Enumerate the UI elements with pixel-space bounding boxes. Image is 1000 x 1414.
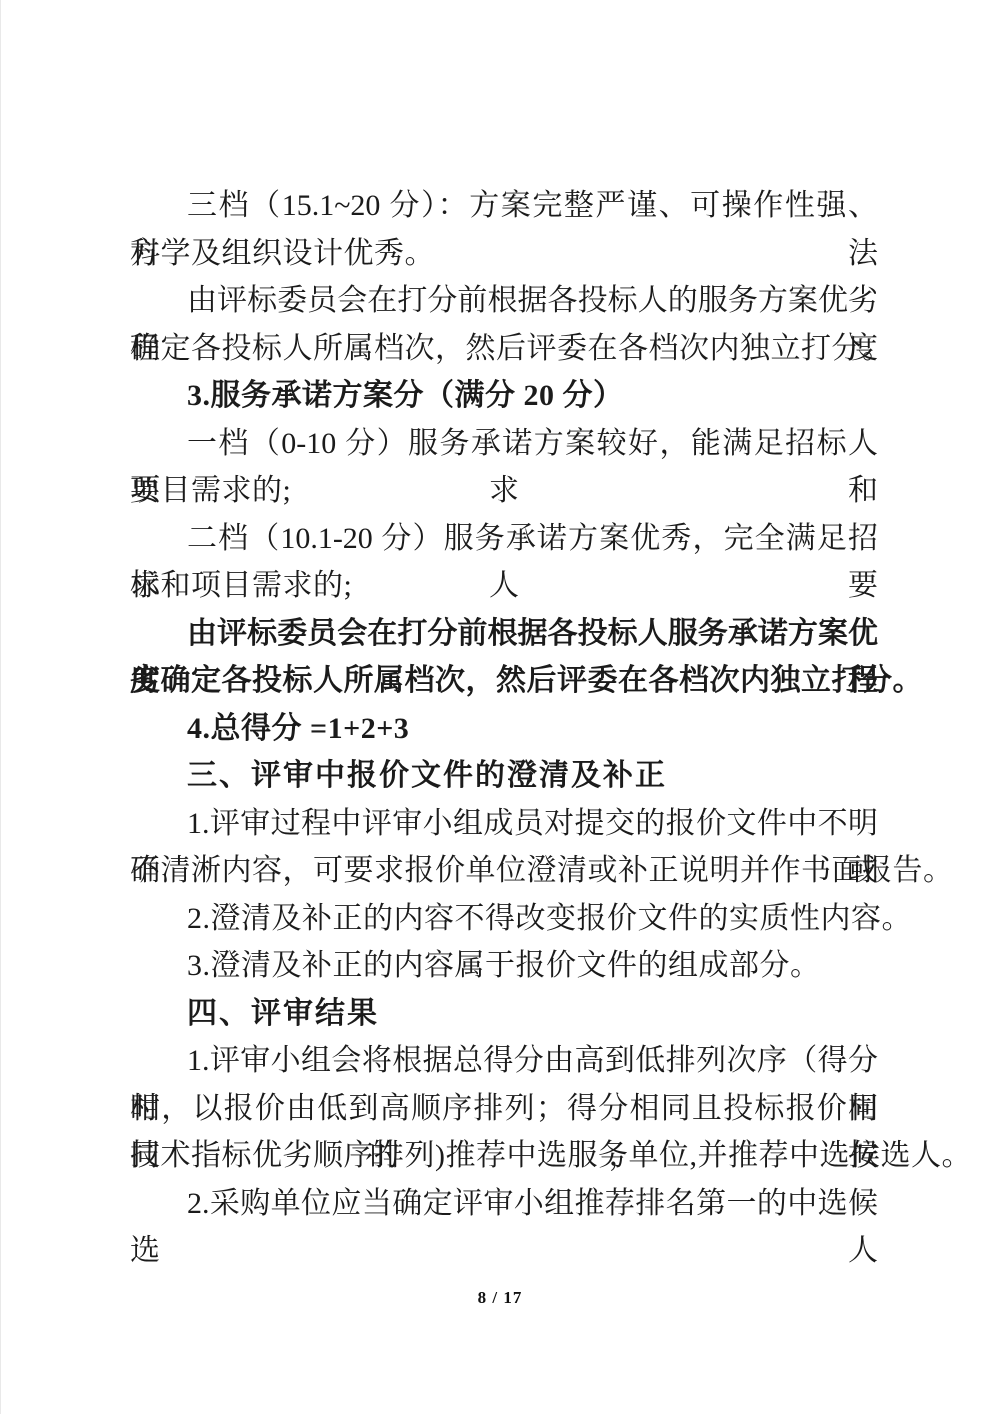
paragraph: 3.服务承诺方案分（满分 20 分） — [130, 372, 878, 420]
section-heading: 三、评审中报价文件的澄清及补正 — [130, 752, 878, 800]
text-line: 2.采购单位应当确定评审小组推荐排名第一的中选候选人 — [130, 1180, 878, 1228]
text-line: 度确定各投标人所属档次，然后评委在各档次内独立打分。 — [130, 657, 878, 705]
text-line: 4.总得分 =1+2+3 — [130, 705, 878, 753]
paragraph: 三档（15.1~20 分）：方案完整严谨、可操作性强、方法 科学及组织设计优秀。 — [130, 182, 878, 277]
text-line: 三档（15.1~20 分）：方案完整严谨、可操作性强、方法 — [130, 182, 878, 230]
section-heading-text: 三、评审中报价文件的澄清及补正 — [130, 752, 878, 800]
document-body: 三档（15.1~20 分）：方案完整严谨、可操作性强、方法 科学及组织设计优秀。… — [130, 182, 878, 1227]
paragraph: 由评标委员会在打分前根据各投标人服务承诺方案优劣程 度确定各投标人所属档次，然后… — [130, 610, 878, 705]
text-line: 由评标委员会在打分前根据各投标人服务承诺方案优劣程 — [130, 610, 878, 658]
paragraph: 二档（10.1-20 分）服务承诺方案优秀，完全满足招标人要 求和项目需求的; — [130, 515, 878, 610]
text-line: 由评标委员会在打分前根据各投标人的服务方案优劣程度 — [130, 277, 878, 325]
paragraph: 2.澄清及补正的内容不得改变报价文件的实质性内容。 — [130, 895, 878, 943]
paragraph: 4.总得分 =1+2+3 — [130, 705, 878, 753]
text-line: 技术指标优劣顺序排列)推荐中选服务单位,并推荐中选候选人。 — [130, 1132, 878, 1180]
text-line: 3.服务承诺方案分（满分 20 分） — [130, 372, 878, 420]
paragraph: 1.评审过程中评审小组成员对提交的报价文件中不明确或 不清淅内容，可要求报价单位… — [130, 800, 878, 895]
text-line: 3.澄清及补正的内容属于报价文件的组成部分。 — [130, 942, 878, 990]
text-line: 一档（0-10 分）服务承诺方案较好，能满足招标人要求和 — [130, 420, 878, 468]
text-line: 确定各投标人所属档次，然后评委在各档次内独立打分。 — [130, 325, 878, 373]
paragraph: 2.采购单位应当确定评审小组推荐排名第一的中选候选人 — [130, 1180, 878, 1228]
paragraph: 由评标委员会在打分前根据各投标人的服务方案优劣程度 确定各投标人所属档次，然后评… — [130, 277, 878, 372]
paragraph: 3.澄清及补正的内容属于报价文件的组成部分。 — [130, 942, 878, 990]
section-heading: 四、评审结果 — [130, 990, 878, 1038]
text-line: 1.评审过程中评审小组成员对提交的报价文件中不明确或 — [130, 800, 878, 848]
text-line: 1.评审小组会将根据总得分由高到低排列次序（得分相同 — [130, 1037, 878, 1085]
section-heading-text: 四、评审结果 — [130, 990, 878, 1038]
page-number: 8 / 17 — [0, 1288, 1000, 1308]
text-line: 二档（10.1-20 分）服务承诺方案优秀，完全满足招标人要 — [130, 515, 878, 563]
text-line: 不清淅内容，可要求报价单位澄清或补正说明并作书面报告。 — [130, 847, 878, 895]
paragraph: 1.评审小组会将根据总得分由高到低排列次序（得分相同 时，以报价由低到高顺序排列… — [130, 1037, 878, 1180]
text-line: 时，以报价由低到高顺序排列；得分相同且投标报价相同的，按 — [130, 1085, 878, 1133]
paragraph: 一档（0-10 分）服务承诺方案较好，能满足招标人要求和 项目需求的; — [130, 420, 878, 515]
document-page: 三档（15.1~20 分）：方案完整严谨、可操作性强、方法 科学及组织设计优秀。… — [0, 0, 1000, 1414]
text-line: 2.澄清及补正的内容不得改变报价文件的实质性内容。 — [130, 895, 878, 943]
